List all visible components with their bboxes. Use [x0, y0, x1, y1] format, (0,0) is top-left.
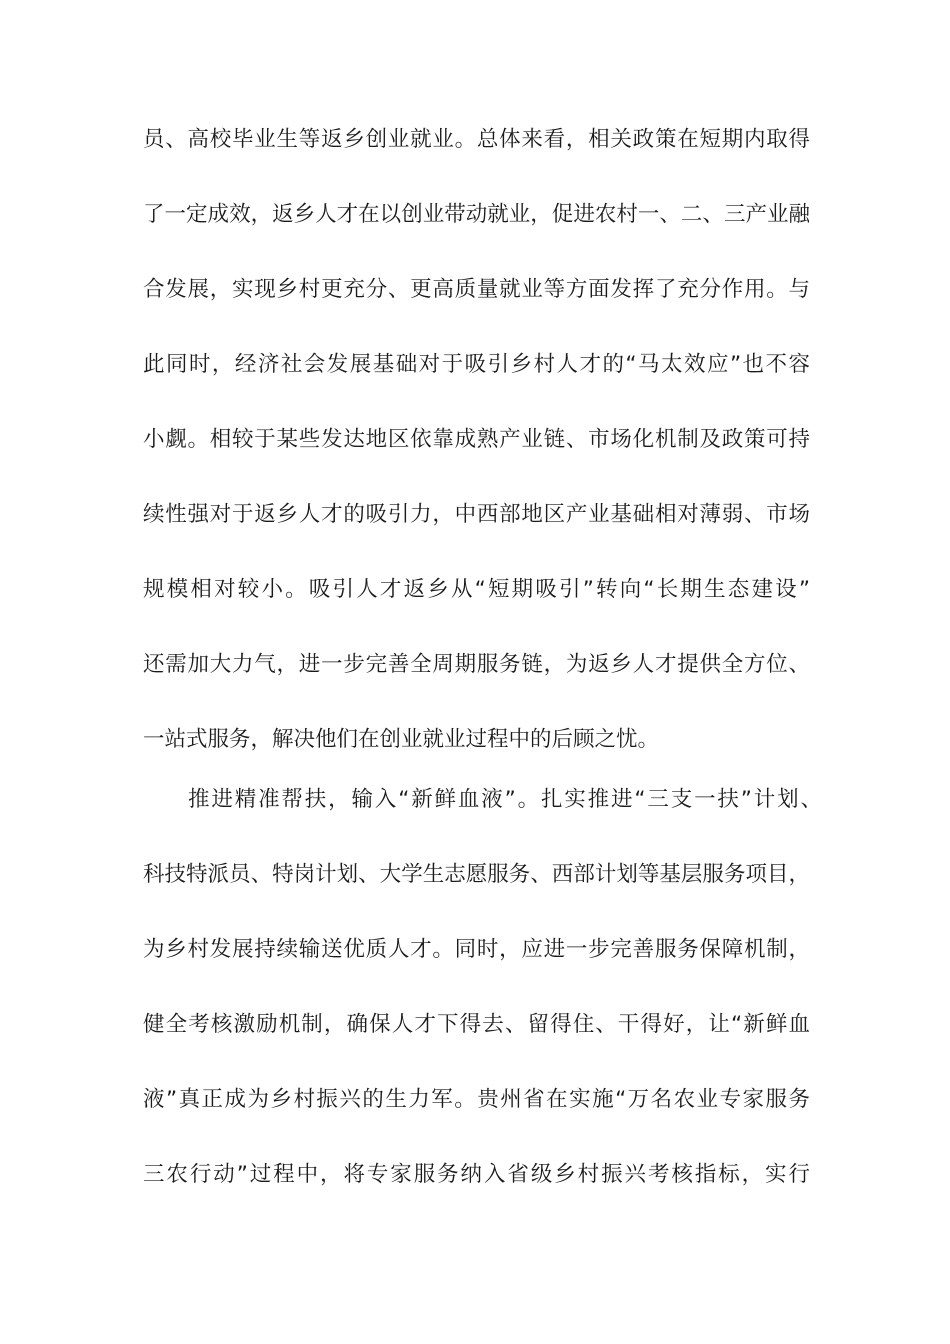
- document-page: 员、高校毕业生等返乡创业就业。总体来看，相关政策在短期内取得 了一定成效，返乡人…: [0, 0, 950, 1344]
- text-line: 健全考核激励机制，确保人才下得去、留得住、干得好，让“新鲜血: [143, 1010, 810, 1040]
- text-line-indented: 推进精准帮扶，输入“新鲜血液”。扎实推进“三支一扶”计划、: [188, 785, 822, 815]
- text-line: 小觑。相较于某些发达地区依靠成熟产业链、市场化机制及政策可持: [143, 425, 810, 455]
- text-line: 科技特派员、特岗计划、大学生志愿服务、西部计划等基层服务项目，: [143, 860, 810, 890]
- text-line: 为乡村发展持续输送优质人才。同时，应进一步完善服务保障机制，: [143, 935, 810, 965]
- text-line: 此同时，经济社会发展基础对于吸引乡村人才的“马太效应”也不容: [143, 350, 810, 380]
- text-line: 员、高校毕业生等返乡创业就业。总体来看，相关政策在短期内取得: [143, 125, 810, 155]
- text-line: 规模相对较小。吸引人才返乡从“短期吸引”转向“长期生态建设”: [143, 575, 810, 605]
- text-line: 三农行动”过程中，将专家服务纳入省级乡村振兴考核指标，实行: [143, 1160, 810, 1190]
- text-line: 合发展，实现乡村更充分、更高质量就业等方面发挥了充分作用。与: [143, 275, 810, 305]
- text-line-last: 一站式服务，解决他们在创业就业过程中的后顾之忧。: [143, 725, 810, 755]
- text-line: 还需加大力气，进一步完善全周期服务链，为返乡人才提供全方位、: [143, 650, 810, 680]
- text-line: 续性强对于返乡人才的吸引力，中西部地区产业基础相对薄弱、市场: [143, 500, 810, 530]
- text-line: 液”真正成为乡村振兴的生力军。贵州省在实施“万名农业专家服务: [143, 1085, 810, 1115]
- text-line: 了一定成效，返乡人才在以创业带动就业，促进农村一、二、三产业融: [143, 200, 810, 230]
